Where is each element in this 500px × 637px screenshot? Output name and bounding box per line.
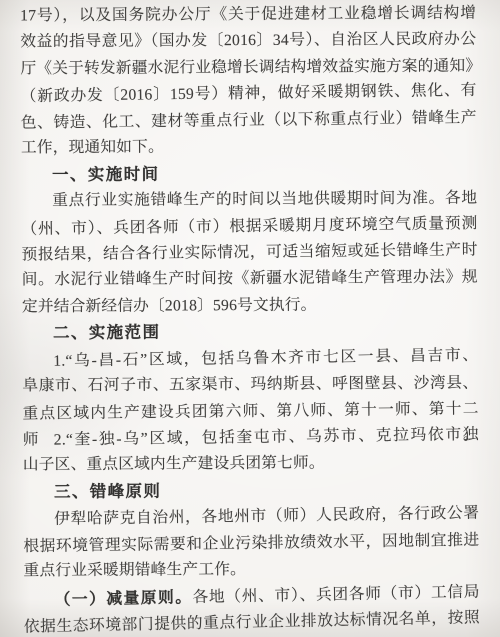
document-page: 17号），以及国务院办公厅《关于促进建材工业稳增长调结构增效益的指导意见》（国办…: [0, 0, 500, 637]
text-line-18: 山子区、重点区域内生产建设兵团第七师。: [23, 450, 479, 479]
text-line-7: 一、实施时间: [21, 159, 477, 188]
text-line-5: 色、铸造、化工、建材等重点行业（以下称重点行业）错峰生产: [21, 105, 477, 137]
text-line-11: 间。水泥行业错峰生产时间按《新疆水泥错峰生产管理办法》规: [22, 265, 478, 294]
text-line-10: 预报结果，结合各行业实际情况，可适当缩短或延长错峰生产时: [21, 237, 477, 269]
text-line-12: 定并结合新经信办〔2018〕596号文执行。: [22, 291, 478, 320]
document-body: 17号），以及国务院办公厅《关于促进建材工业稳增长调结构增效益的指导意见》（国办…: [20, 1, 480, 637]
bold-lead-text: （一）减量原则。: [55, 589, 193, 609]
text-line-2: 效益的指导意见》（国办发〔2016〕34号）、自治区人民政府办公: [20, 27, 476, 56]
text-line-8: 重点行业实施错峰生产的时间以当地供暖期时间为准。各地: [21, 186, 477, 215]
line-text: 各地（州、市）、兵团各师（市）工信局: [192, 583, 480, 606]
text-line-15: 阜康市、石河子市、五家渠市、玛纳斯县、呼图壁县、沙湾县、: [22, 371, 478, 400]
text-line-13: 二、实施范围: [22, 318, 478, 347]
text-line-1: 17号），以及国务院办公厅《关于促进建材工业稳增长调结构增: [20, 1, 476, 30]
text-line-6: 工作，现通知如下。: [21, 133, 477, 162]
